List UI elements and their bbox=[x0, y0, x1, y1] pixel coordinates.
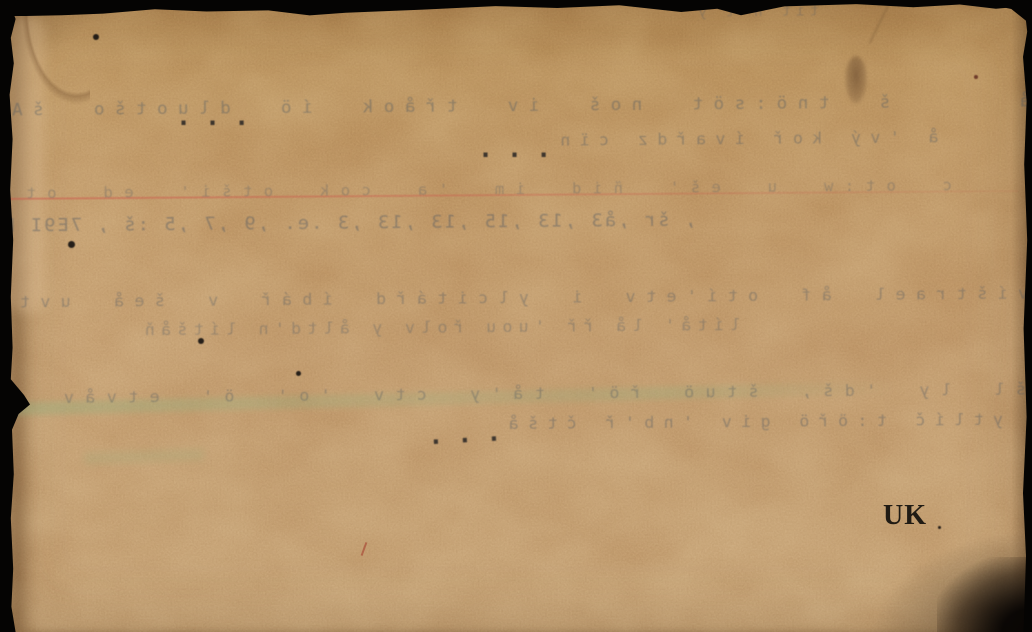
ink-dot bbox=[938, 526, 941, 529]
bleedthrough-text-line: lítå' lå řř 'uou řolv y åltd'n lítšåň bbox=[138, 315, 740, 339]
scan-shadow-bottom-right bbox=[937, 557, 1032, 632]
ink-dot bbox=[93, 34, 99, 40]
bleedthrough-text-layer: tit n t y ot) ävå š tnö:söt noš iv třåok… bbox=[0, 0, 1032, 632]
paper: tit n t y ot) ävå š tnö:söt noš iv třåok… bbox=[0, 0, 1032, 632]
ink-dot bbox=[296, 371, 301, 376]
uk-stamp: UK bbox=[883, 500, 927, 532]
ink-dot bbox=[68, 241, 75, 248]
red-fleck bbox=[974, 75, 978, 79]
bleedthrough-text-line: ot) ävå š tnö:söt noš iv třåok íö dluotš… bbox=[2, 90, 1032, 120]
ellipsis-mark: ... bbox=[478, 134, 565, 163]
ellipsis-mark: ... bbox=[427, 417, 516, 451]
ellipsis-mark: ... bbox=[176, 102, 263, 131]
bleedthrough-text-line: ytlíč t:öřö giv 'nb'ř čtšå bbox=[499, 410, 1003, 433]
bleedthrough-text-line: , šr ,å3 ,13 ,15 ,13 ,13 ,3 .e. ,9 ,7 ,5… bbox=[0, 209, 696, 236]
bleedthrough-text-line: å 'vý koř ívařdz cïn bbox=[551, 127, 939, 149]
scanned-card: tit n t y ot) ävå š tnö:söt noš iv třåok… bbox=[0, 0, 1032, 632]
ink-dot bbox=[198, 338, 204, 344]
bleedthrough-text-line: c ot:w u eš' ñid im 'a cok otši' ed ot bbox=[15, 176, 952, 202]
bleedthrough-text-line: š nüšl ly 'dš, štuö řö' tå'y ctv 'o' ö' … bbox=[0, 379, 1032, 408]
bleedthrough-text-line: wtvíštrael åf otí'etv i ylcitářd íbář v … bbox=[9, 283, 1032, 311]
